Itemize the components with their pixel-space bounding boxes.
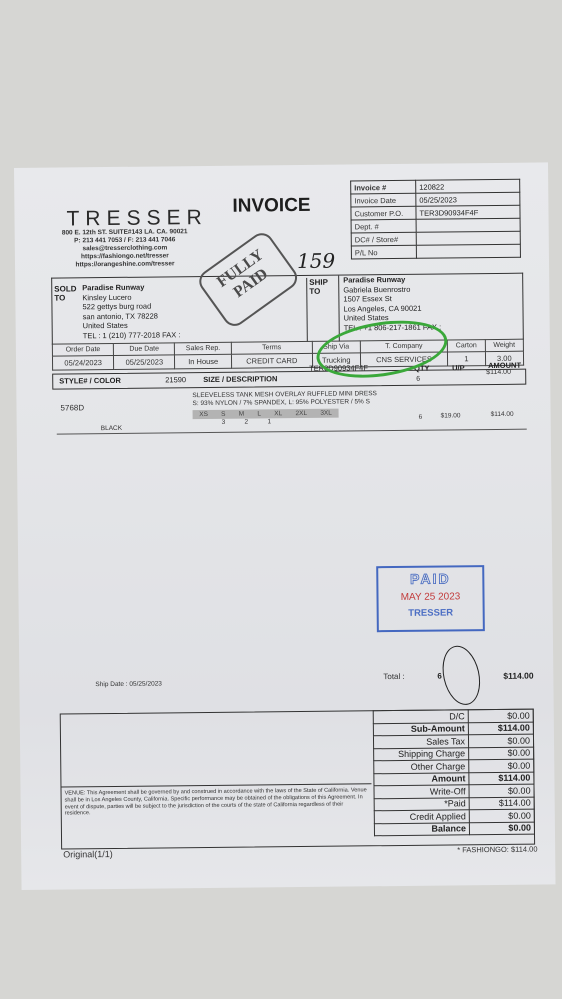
summary-table: D/C$0.00 Sub-Amount$114.00 Sales Tax$0.0…	[373, 709, 535, 837]
original-copy-label: Original(1/1)	[63, 849, 113, 860]
item-separator	[57, 429, 527, 435]
meta-row: P/L No	[351, 244, 520, 259]
invoice-title: INVOICE	[232, 195, 310, 218]
item-style: 5768D	[60, 403, 84, 412]
handwritten-circle	[437, 642, 485, 708]
size-quantity-row: 32 1	[193, 418, 339, 428]
item-fabric: S: 93% NYLON / 7% SPANDEX, L: 95% POLYES…	[192, 398, 370, 407]
summary-box: VENUE: This Agreement shall be governed …	[60, 709, 535, 850]
handwritten-note: 159	[297, 249, 335, 273]
item-qty: 6	[419, 414, 423, 421]
ship-to-label: SHIPTO	[306, 278, 328, 342]
invoice-meta-table: Invoice #120822 Invoice Date05/25/2023 C…	[350, 179, 521, 260]
item-amount: $114.00	[491, 411, 514, 418]
sold-to-address: Paradise Runway Kinsley Lucero 522 getty…	[82, 282, 180, 340]
invoice-paper: TRESSER 800 E. 12th ST. SUITE#143 LA. CA…	[14, 162, 556, 890]
item-qty-top: 6	[416, 376, 420, 383]
item-color: BLACK	[101, 425, 122, 432]
total-label: Total :	[383, 672, 404, 681]
venue-terms: VENUE: This Agreement shall be governed …	[61, 783, 372, 836]
company-url-orangeshine: https://orangeshine.com/tresser	[59, 260, 191, 269]
paid-date-stamp: PAID MAY 25 2023 TRESSER	[376, 565, 485, 632]
total-amount: $114.00	[503, 671, 533, 681]
item-amount-top: $114.00	[486, 369, 511, 376]
company-info: 800 E. 12th ST. SUITE#143 LA. CA. 90021 …	[59, 228, 191, 269]
sold-to-label: SOLDTO	[54, 284, 76, 302]
total-qty: 6	[437, 672, 442, 681]
fashiongo-note: * FASHIONGO: $114.00	[457, 845, 537, 855]
item-unit-price: $19.00	[441, 412, 461, 419]
summary-row: Balance$0.00	[374, 822, 534, 836]
ship-date: Ship Date : 05/25/2023	[95, 680, 162, 688]
items-header-row: STYLE# / COLOR 21590 SIZE / DESCRIPTION …	[52, 369, 526, 390]
